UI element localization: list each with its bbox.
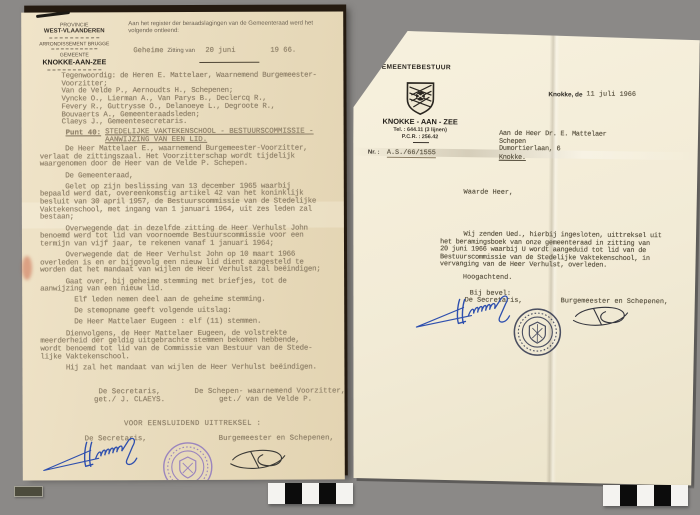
session-date: 20 juni <box>205 47 235 55</box>
right-document-letter: GEMEENTEBESTUUR KNOKKE - AAN - ZEE Tel. … <box>350 30 700 485</box>
register-note: Aan het register der beraadslagingen van… <box>128 20 333 35</box>
body-paragraph: Gelet op zijn beslissing van 13 december… <box>40 183 338 223</box>
session-printed-label: Zitting van <box>167 48 195 54</box>
calibration-square <box>285 483 302 504</box>
municipal-round-stamp-icon <box>511 306 563 358</box>
letterhead-tel: Tel. : 644.11 (3 lijnen) <box>367 127 473 134</box>
reference-number-label: Nr. : <box>368 150 380 156</box>
letterhead-small-rule <box>413 142 429 143</box>
calibration-square <box>319 483 336 504</box>
session-underline <box>199 62 259 63</box>
left-document-extract: PROVINCIE WEST-VLAANDEREN ARRONDISSEMENT… <box>21 11 345 480</box>
letterhead-org: GEMEENTEBESTUUR <box>374 64 454 72</box>
closing: Hoogachtend. <box>463 273 513 281</box>
mayor-signature-ink <box>227 444 289 474</box>
letterhead-gemeente-name: KNOKKE-AAN-ZEE <box>25 59 123 66</box>
letter-body: Wij zenden Ued., hierbij ingesloten, uit… <box>440 231 662 271</box>
letterhead-divider <box>51 48 97 49</box>
purple-round-stamp-icon <box>161 440 215 481</box>
letterhead-arrondissement: ARRONDISSEMENT BRUGGE <box>27 41 121 47</box>
calibration-strip-center <box>268 483 353 504</box>
punt-title: STEDELIJKE VAKTEKENSCHOOL - BESTUURSCOMM… <box>105 129 314 145</box>
calibration-square <box>302 483 319 504</box>
secretary-signature-ink <box>41 434 176 476</box>
body-paragraph: Overwegende dat in dezelfde zitting de H… <box>40 225 338 249</box>
calibration-square <box>654 485 671 506</box>
red-ink-smudge <box>22 256 32 280</box>
calibration-strip-right <box>603 485 688 506</box>
attendees-list: Tegenwoordig: de Heren E. Mattelaer, Waa… <box>61 73 316 128</box>
reference-number-value: A.S./66/1555 <box>387 149 436 158</box>
calibration-square <box>637 485 654 506</box>
body-paragraph: Overwegende dat de Heer Verhulst John op… <box>40 251 338 275</box>
body-paragraph: Elf leden nemen deel aan de geheime stem… <box>40 297 338 306</box>
date-value: 11 juli 1966 <box>586 91 636 99</box>
body-paragraph: De Heer Mattelaer Eugeen : elf (11) stem… <box>40 319 338 328</box>
recipient-address: Aan de Heer Dr. E. Mattelaer Schepen Dum… <box>499 131 607 155</box>
calibration-square <box>336 483 353 504</box>
calibration-square <box>603 485 620 506</box>
date-place-label: Knokke, de <box>548 91 582 98</box>
body-paragraph: De Gemeenteraad, <box>40 172 338 181</box>
letterhead-province-name: WEST-VLAANDEREN <box>31 28 117 34</box>
body-paragraph: De Heer Mattelaer E., waarnemend Burgeme… <box>40 145 338 169</box>
signature-title-secretary: De Secretaris, get./ J. CLAEYS. <box>74 389 184 405</box>
session-year: 19 66. <box>270 47 296 55</box>
calibration-square <box>671 485 688 506</box>
body-paragraph: Hij zal het mandaat van wijlen de Heer V… <box>40 364 338 373</box>
punt-number-label: Punt 40: <box>66 129 102 145</box>
body-paragraph: De stemopname geeft volgende uitslag: <box>40 308 338 317</box>
letterhead-gemeente-label: GEMEENTE <box>37 52 111 58</box>
coat-of-arms-shield-icon <box>405 81 435 115</box>
archive-photo-canvas: PROVINCIE WEST-VLAANDEREN ARRONDISSEMENT… <box>0 0 700 515</box>
recipient-city: Knokke. <box>499 154 526 162</box>
letterhead-divider <box>49 37 99 38</box>
calibration-square <box>268 483 285 504</box>
mayor-signature-ink <box>569 300 631 331</box>
letterhead-name: KNOKKE - AAN - ZEE <box>363 117 477 127</box>
signature-title-chairman: De Schepen- waarnemend Voorzitter, get./… <box>194 388 336 404</box>
calibration-square <box>620 485 637 506</box>
certified-copy-line: VOOR EENSLUIDEND UITTREKSEL : <box>113 420 273 429</box>
letterhead-divider <box>47 69 101 70</box>
final-label-mayor: Burgemeester en Schepenen, <box>219 434 334 442</box>
body-paragraph: Dienvolgens, de Heer Mattelaer Eugeen, d… <box>40 330 338 362</box>
session-type-typed: Geheime <box>133 47 163 55</box>
letterhead-pcr: P.C.R. : 256.42 <box>367 134 473 141</box>
body-paragraph: Gaat over, bij geheime stemming met brie… <box>40 278 338 294</box>
scale-reference-chip <box>14 486 43 497</box>
salutation: Waarde Heer, <box>464 188 514 196</box>
